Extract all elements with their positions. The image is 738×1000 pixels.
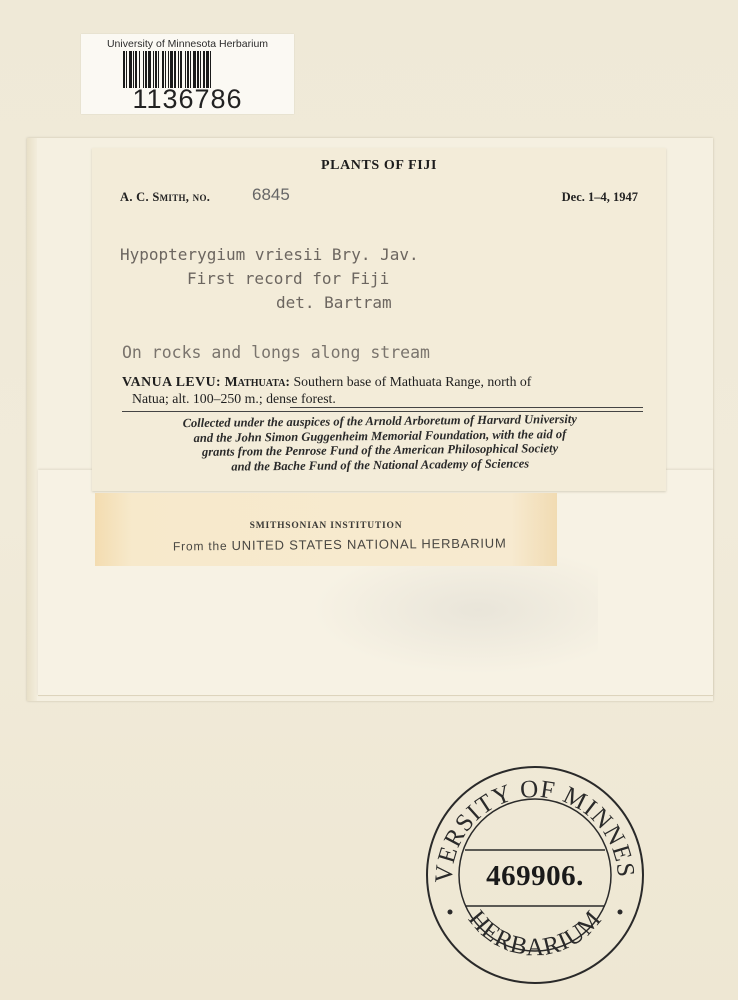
taxon-name: Hypopterygium vriesii Bry. Jav. <box>120 245 419 264</box>
source-name: UNITED STATES NATIONAL HERBARIUM <box>232 536 507 553</box>
barcode-label: University of Minnesota Herbarium 113678… <box>81 34 294 114</box>
barcode-number: 1136786 <box>81 84 294 115</box>
svg-text:HERBARIUM: HERBARIUM <box>463 905 607 961</box>
locality-district: Mathuata: <box>225 374 290 389</box>
accession-number: 469906. <box>422 860 648 893</box>
source-prefix: From the <box>173 539 228 553</box>
locality: VANUA LEVU: Mathuata: Southern base of M… <box>122 373 652 407</box>
barcode-icon <box>123 51 249 88</box>
source-herbarium: From the UNITED STATES NATIONAL HERBARIU… <box>173 536 507 554</box>
record-note: First record for Fiji <box>187 269 389 288</box>
locality-region: VANUA LEVU: <box>122 374 221 389</box>
smithsonian-strip: SMITHSONIAN INSTITUTION From the UNITED … <box>95 493 557 566</box>
collection-date: Dec. 1–4, 1947 <box>562 190 638 205</box>
locality-line1: Southern base of Mathuata Range, north o… <box>293 374 531 389</box>
collection-number: 6845 <box>252 185 290 205</box>
collector: A. C. Smith, no. <box>120 190 210 205</box>
locality-line2: Natua; alt. 100–250 m.; dense forest. <box>122 391 336 406</box>
label-title: PLANTS OF FIJI <box>92 158 666 174</box>
specimen-label: PLANTS OF FIJI A. C. Smith, no. 6845 Dec… <box>92 148 666 491</box>
herbarium-stamp: UNIVERSITY OF MINNESOTA HERBARIUM 469906… <box>422 762 648 988</box>
institution-name: SMITHSONIAN INSTITUTION <box>95 521 557 531</box>
herbarium-sheet: University of Minnesota Herbarium 113678… <box>0 0 738 1000</box>
determiner: det. Bartram <box>276 293 392 312</box>
divider <box>290 407 643 408</box>
barcode-organization: University of Minnesota Herbarium <box>81 38 294 50</box>
habitat: On rocks and longs along stream <box>122 343 430 362</box>
credit-text: Collected under the auspices of the Arno… <box>120 411 641 474</box>
